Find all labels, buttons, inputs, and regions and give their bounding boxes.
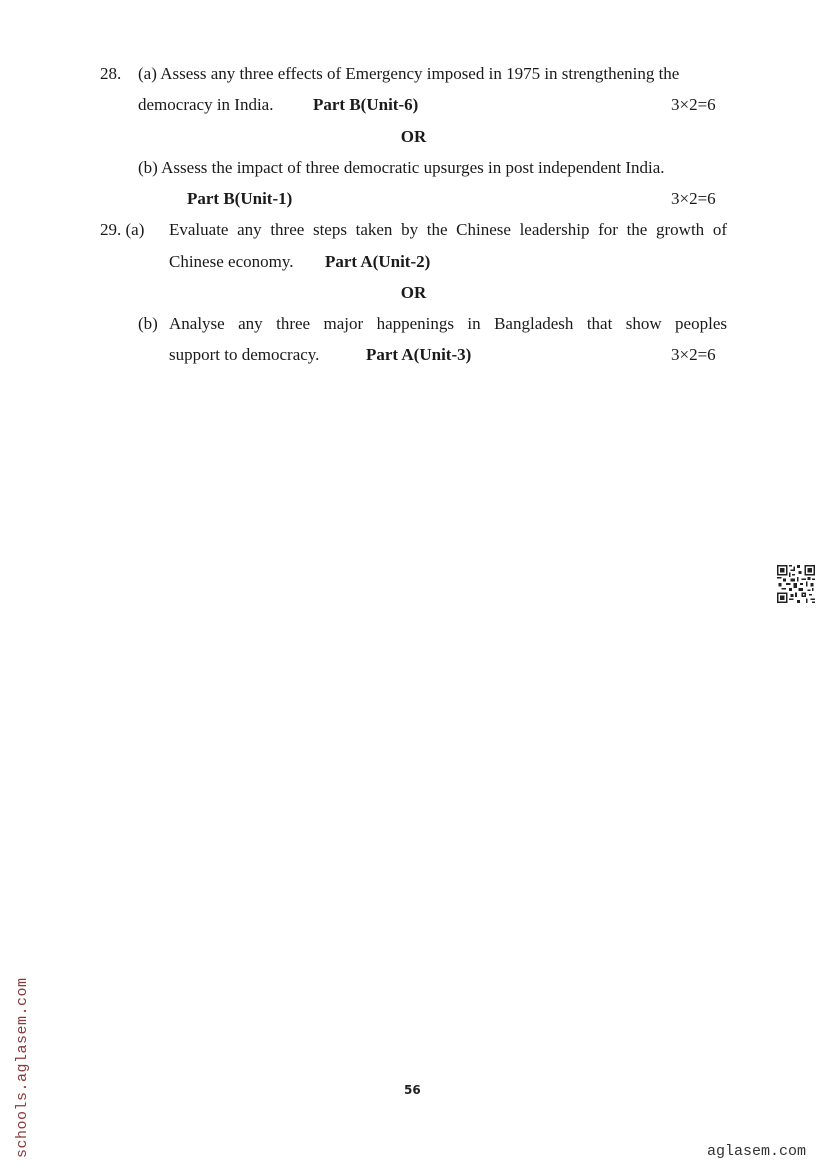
question-text: Evaluate any three steps taken by the Ch… (169, 220, 727, 240)
part-label: (a) (138, 64, 157, 83)
question-text: democracy in India. (138, 95, 273, 115)
question-number: 29. (a) (100, 220, 144, 240)
question-text: Assess any three effects of Emergency im… (160, 64, 679, 83)
question-28b-line1: (b) Assess the impact of three democrati… (138, 158, 665, 178)
unit-reference: Part B(Unit-1) (187, 189, 292, 209)
marks: 3×2=6 (671, 95, 716, 115)
page-number: 56 (404, 1083, 421, 1097)
qr-code-icon[interactable] (777, 565, 815, 603)
question-text: support to democracy. (169, 345, 319, 365)
part-label: (b) (138, 158, 158, 177)
unit-reference: Part A(Unit-2) (325, 252, 430, 272)
part-label: (b) (138, 314, 158, 334)
question-number: 28. (100, 64, 121, 84)
question-text: Assess the impact of three democratic up… (161, 158, 664, 177)
question-28a-line1: (a) Assess any three effects of Emergenc… (138, 64, 727, 84)
or-separator: OR (0, 283, 827, 303)
unit-reference: Part A(Unit-3) (366, 345, 471, 365)
side-watermark: schools.aglasem.com (14, 977, 31, 1158)
question-text: Chinese economy. (169, 252, 293, 272)
unit-reference: Part B(Unit-6) (313, 95, 418, 115)
or-separator: OR (0, 127, 827, 147)
marks: 3×2=6 (671, 345, 716, 365)
marks: 3×2=6 (671, 189, 716, 209)
question-text: Analyse any three major happenings in Ba… (169, 314, 727, 334)
footer-watermark: aglasem.com (707, 1143, 806, 1160)
